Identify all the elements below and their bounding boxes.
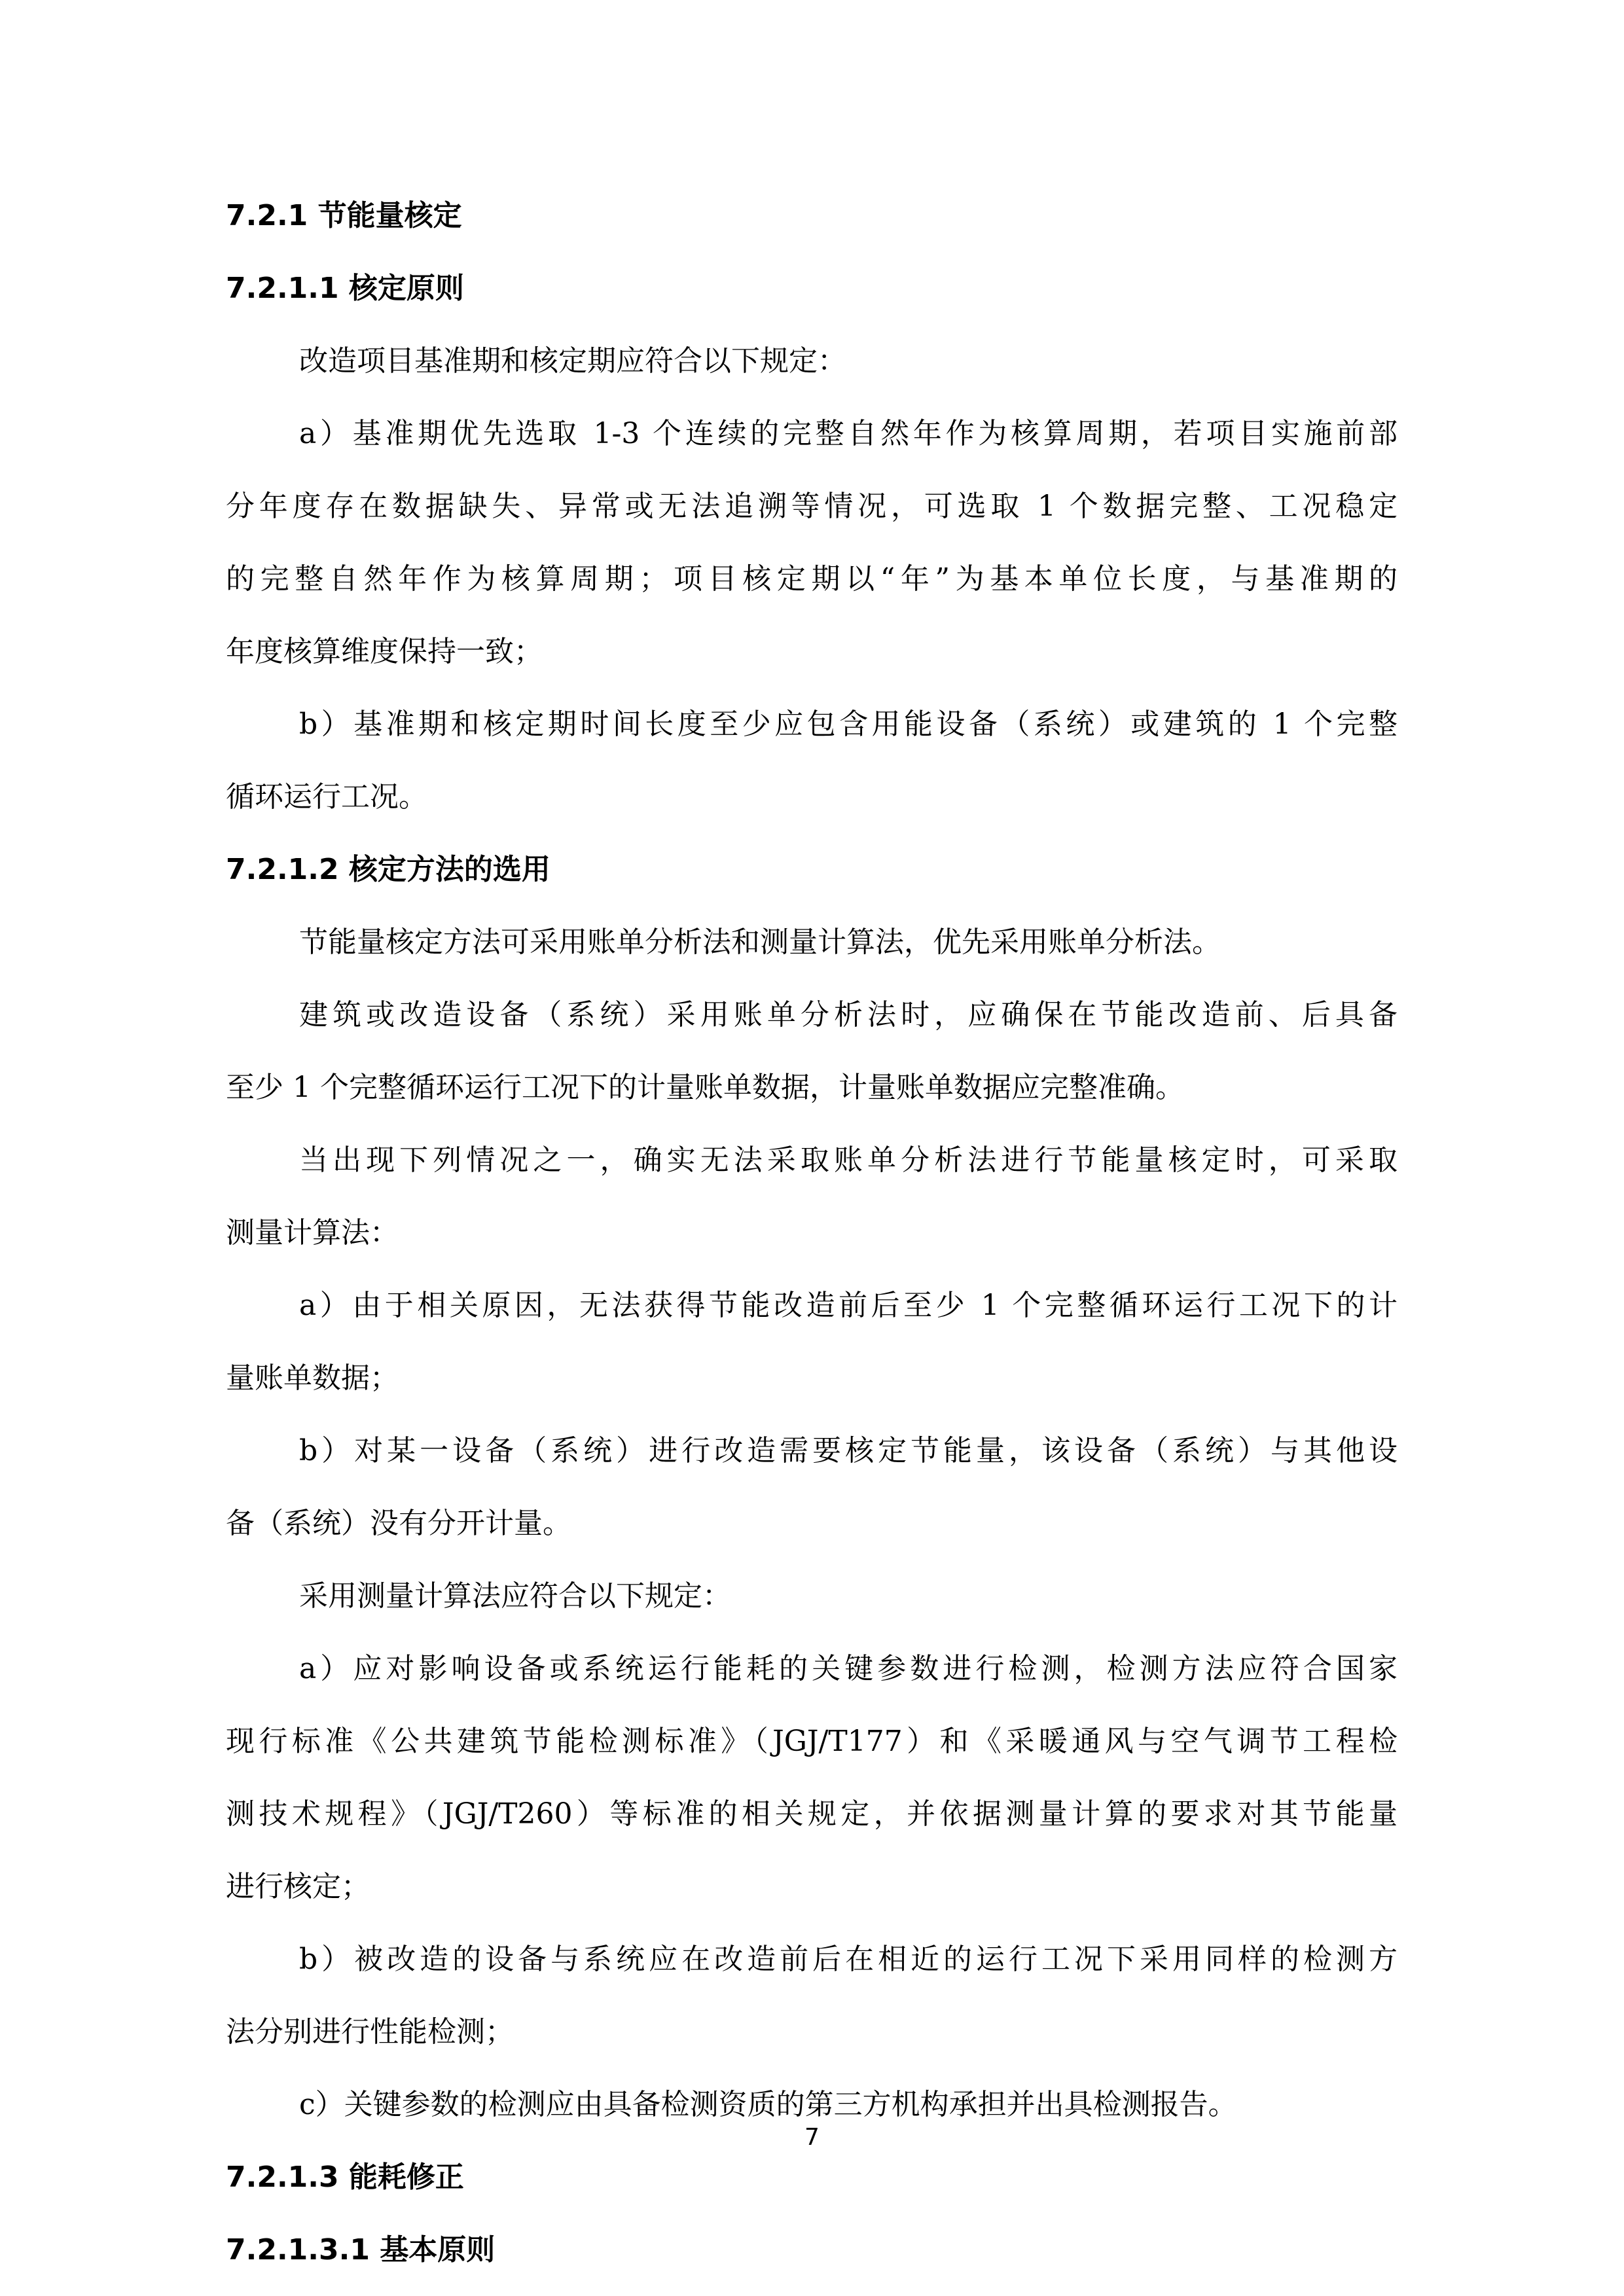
paragraph-line: 分年度存在数据缺失、异常或无法追溯等情况，可选取 1 个数据完整、工况稳定 [226,487,1398,526]
paragraph-line: a）由于相关原因，无法获得节能改造前后至少 1 个完整循环运行工况下的计 [299,1286,1398,1325]
paragraph-line: b）基准期和核定期时间长度至少应包含用能设备（系统）或建筑的 1 个完整 [299,705,1398,744]
paragraph-line: 量账单数据； [226,1359,399,1398]
heading-7-2-1-3: 7.2.1.3 能耗修正 [226,2158,464,2197]
paragraph-line: a）基准期优先选取 1-3 个连续的完整自然年作为核算周期，若项目实施前部 [299,414,1398,454]
paragraph-line: c）关键参数的检测应由具备检测资质的第三方机构承担并出具检测报告。 [299,2085,1237,2125]
paragraph-line: 的完整自然年作为核算周期；项目核定期以“年”为基本单位长度，与基准期的 [226,560,1398,599]
paragraph-line: 备（系统）没有分开计量。 [226,1504,571,1543]
paragraph-line: a）应对影响设备或系统运行能耗的关键参数进行检测，检测方法应符合国家 [299,1649,1398,1689]
paragraph-line: 节能量核定方法可采用账单分析法和测量计算法，优先采用账单分析法。 [299,923,1221,962]
page-number: 7 [0,2124,1624,2151]
heading-7-2-1: 7.2.1 节能量核定 [226,196,462,236]
paragraph-line: 现行标准《公共建筑节能检测标准》（JGJ/T177）和《采暖通风与空气调节工程检 [226,1722,1398,1761]
heading-7-2-1-1: 7.2.1.1 核定原则 [226,269,464,308]
paragraph-line: b）被改造的设备与系统应在改造前后在相近的运行工况下采用同样的检测方 [299,1940,1398,1979]
paragraph-line: 改造项目基准期和核定期应符合以下规定： [299,342,846,381]
paragraph-line: 法分别进行性能检测； [226,2013,514,2052]
paragraph-line: 进行核定； [226,1867,370,1907]
paragraph-line: 测量计算法： [226,1213,399,1253]
paragraph-line: 至少 1 个完整循环运行工况下的计量账单数据，计量账单数据应完整准确。 [226,1068,1184,1107]
paragraph-line: 测技术规程》（JGJ/T260）等标准的相关规定，并依据测量计算的要求对其节能量 [226,1795,1398,1834]
paragraph-line: 采用测量计算法应符合以下规定： [299,1577,731,1616]
heading-7-2-1-2: 7.2.1.2 核定方法的选用 [226,850,550,889]
paragraph-line: b）对某一设备（系统）进行改造需要核定节能量，该设备（系统）与其他设 [299,1431,1398,1471]
heading-7-2-1-3-1: 7.2.1.3.1 基本原则 [226,2231,495,2270]
paragraph-line: 年度核算维度保持一致； [226,632,543,672]
paragraph-line: 当出现下列情况之一，确实无法采取账单分析法进行节能量核定时，可采取 [299,1141,1398,1180]
paragraph-line: 循环运行工况。 [226,778,427,817]
paragraph-line: 建筑或改造设备（系统）采用账单分析法时，应确保在节能改造前、后具备 [299,996,1398,1035]
